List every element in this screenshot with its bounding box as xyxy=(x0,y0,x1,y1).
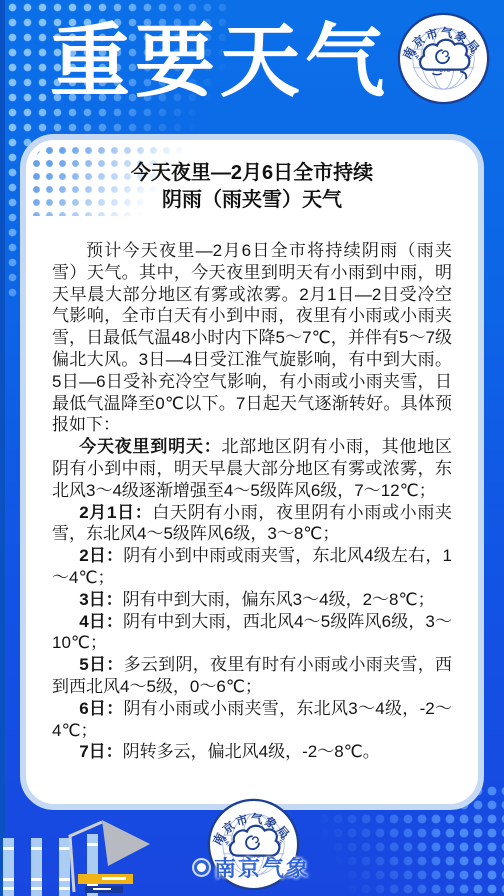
forecast-feb2: 2日：阴有小到中雨或雨夹雪，东北风4级左右，1～4℃； xyxy=(52,545,452,589)
forecast-tonight: 今天夜里到明天：北部地区阴有小雨，其他地区阴有小到中雨，明天早晨大部分地区有雾或… xyxy=(52,436,452,501)
card-title-line1: 今天夜里—2月6日全市持续 xyxy=(131,162,373,184)
forecast-card: 今天夜里—2月6日全市持续 阴雨（雨夹雪）天气 预计今天夜里—2月6日全市将持续… xyxy=(20,134,484,810)
left-edge-stripe xyxy=(0,0,5,896)
forecast-feb1: 2月1日：白天阴有小雨，夜里阴有小雨或小雨夹雪，东北风4～5级阵风6级，3～8℃… xyxy=(52,502,452,546)
card-title-line2: 阴雨（雨夹雪）天气 xyxy=(162,189,342,211)
page-title: 重要天气 xyxy=(50,18,390,106)
weather-poster: 重要天气 南京市气象局 NANJING METEOROLOGICAL BUREA… xyxy=(0,0,504,896)
bureau-seal-icon: 南京市气象局 NANJING METEOROLOGICAL BUREAU xyxy=(397,12,490,105)
forecast-feb7: 7日：阴转多云，偏北风4级，-2～8℃。 xyxy=(52,741,452,763)
watermark: 南京气象 xyxy=(0,852,504,883)
forecast-summary: 预计今天夜里—2月6日全市将持续阴雨（雨夹雪）天气。其中，今天夜里到明天有小雨到… xyxy=(52,240,452,436)
forecast-feb4: 4日：阴有中到大雨，西北风4～5级阵风6级，3～10℃； xyxy=(52,611,452,655)
forecast-feb6: 6日：阴有小雨或小雨夹雪，东北风3～4级，-2～4℃； xyxy=(52,698,452,742)
navy-book-bar xyxy=(85,886,123,893)
forecast-body: 预计今天夜里—2月6日全市将持续阴雨（雨夹雪）天气。其中，今天夜里到明天有小雨到… xyxy=(52,240,452,763)
watermark-text: 南京气象 xyxy=(214,852,310,883)
watermark-icon xyxy=(194,860,209,875)
card-title: 今天夜里—2月6日全市持续 阴雨（雨夹雪）天气 xyxy=(52,160,452,214)
forecast-feb5: 5日：多云到阴，夜里有时有小雨或小雨夹雪，西到西北风4～5级，0～6℃； xyxy=(52,654,452,698)
forecast-feb3: 3日：阴有中到大雨，偏东风3～4级，2～8℃； xyxy=(52,589,452,611)
